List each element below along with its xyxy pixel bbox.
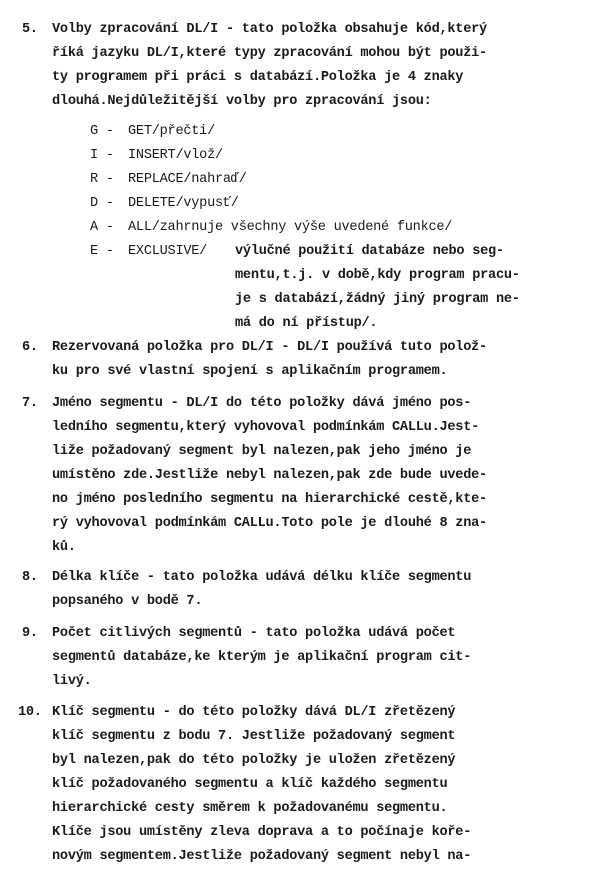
option-key-d: D - (90, 194, 114, 214)
item-number: 5. (22, 20, 38, 40)
option-desc-line: mentu,t.j. v době,kdy program pracu- (235, 266, 520, 286)
option-key-i: I - (90, 146, 114, 166)
option-key-r: R - (90, 170, 114, 190)
item-text-line: liže požadovaný segment byl nalezen,pak … (52, 442, 471, 462)
item-text-line: no jméno posledního segmentu na hierarch… (52, 490, 487, 510)
item-text-line: Délka klíče - tato položka udává délku k… (52, 568, 471, 588)
option-value-r: REPLACE/nahraď/ (128, 170, 247, 190)
item-text-line: segmentů databáze,ke kterým je aplikační… (52, 648, 471, 668)
item-text-line: klíč požadovaného segmentu a klíč každéh… (52, 775, 447, 795)
item-text-line: ků. (52, 538, 76, 558)
typewritten-page: 5. Volby zpracování DL/I - tato položka … (0, 0, 603, 873)
item-text-line: Jméno segmentu - DL/I do této položky dá… (52, 394, 471, 414)
option-value-i: INSERT/vlož/ (128, 146, 223, 166)
option-key-g: G - (90, 122, 114, 142)
item-text-line: Volby zpracování DL/I - tato položka obs… (52, 20, 487, 40)
item-number: 7. (22, 394, 38, 414)
item-number: 10. (18, 703, 42, 723)
option-desc-line: výlučné použití databáze nebo seg- (235, 242, 504, 262)
option-key-e: E - (90, 242, 114, 262)
item-number: 8. (22, 568, 38, 588)
option-value-d: DELETE/vypusť/ (128, 194, 239, 214)
item-number: 9. (22, 624, 38, 644)
option-desc-line: je s databází,žádný jiný program ne- (235, 290, 520, 310)
item-text-line: ledního segmentu,který vyhovoval podmínk… (52, 418, 479, 438)
item-text-line: livý. (52, 672, 92, 692)
item-text-line: dlouhá.Nejdůležitější volby pro zpracová… (52, 92, 432, 112)
item-text-line: byl nalezen,pak do této položky je ulože… (52, 751, 455, 771)
item-text-line: ku pro své vlastní spojení s aplikačním … (52, 362, 447, 382)
option-desc-line: má do ní přístup/. (235, 314, 377, 334)
item-text-line: umístěno zde.Jestliže nebyl nalezen,pak … (52, 466, 487, 486)
item-text-line: novým segmentem.Jestliže požadovaný segm… (52, 847, 471, 867)
item-text-line: ty programem při práci s databází.Položk… (52, 68, 463, 88)
item-number: 6. (22, 338, 38, 358)
option-value-e: EXCLUSIVE/ (128, 242, 207, 262)
item-text-line: rý vyhovoval podmínkám CALLu.Toto pole j… (52, 514, 487, 534)
option-key-a: A - (90, 218, 114, 238)
item-text-line: hierarchické cesty směrem k požadovanému… (52, 799, 447, 819)
item-text-line: Rezervovaná položka pro DL/I - DL/I použ… (52, 338, 487, 358)
item-text-line: říká jazyku DL/I,které typy zpracování m… (52, 44, 487, 64)
option-value-g: GET/přečti/ (128, 122, 215, 142)
item-text-line: klíč segmentu z bodu 7. Jestliže požadov… (52, 727, 455, 747)
item-text-line: popsaného v bodě 7. (52, 592, 202, 612)
option-value-a: ALL/zahrnuje všechny výše uvedené funkce… (128, 218, 452, 238)
item-text-line: Klíč segmentu - do této položky dává DL/… (52, 703, 455, 723)
item-text-line: Klíče jsou umístěny zleva doprava a to p… (52, 823, 471, 843)
item-text-line: Počet citlivých segmentů - tato položka … (52, 624, 455, 644)
